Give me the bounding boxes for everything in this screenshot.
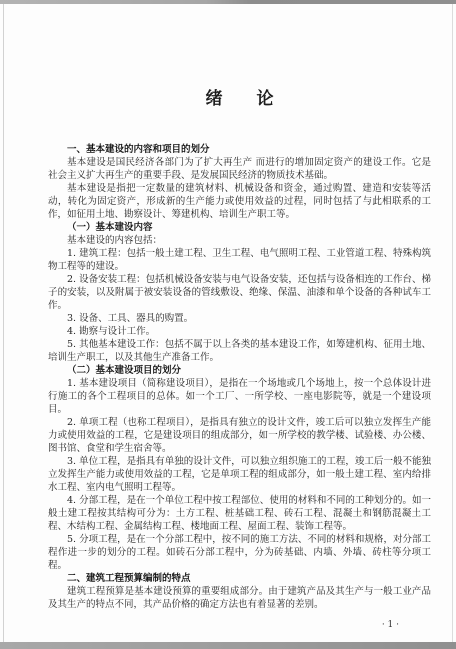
list-item-4: 4. 勘察与设计工作。	[48, 325, 431, 338]
list-item-5: 5. 其他基本建设工作：包括不属于以上各类的基本建设工作，如筹建机构、征用土地、…	[48, 338, 431, 364]
section-heading-2: 二、建筑工程预算编制的特点	[48, 572, 431, 585]
list-item-3: 3. 设备、工具、器具的购置。	[48, 312, 431, 325]
subsection-heading-2: （二）基本建设项目的划分	[48, 364, 431, 377]
list-item-4: 4. 分部工程，是在一个单位工程中按工程部位、使用的材料和不同的工种划分的。如一…	[48, 494, 431, 533]
list-item-2: 2. 设备安装工程：包括机械设备安装与电气设备安装，还包括与设备相连的工作台、梯…	[48, 273, 431, 312]
page-number: · 1 ·	[48, 620, 431, 630]
list-item-5: 5. 分项工程，是在一个分部工程中，按不同的施工方法、不同的材料和规格，对分部工…	[48, 533, 431, 572]
scan-edge-bottom	[0, 642, 456, 649]
subsection-heading-1: （一）基本建设内容	[48, 221, 431, 234]
page-title: 绪 论	[48, 84, 431, 109]
document-page: 绪 论 一、基本建设的内容和项目的划分 基本建设是国民经济各部门为了扩大再生产 …	[48, 0, 431, 630]
list-item-1: 1. 建筑工程：包括一般土建工程、卫生工程、电气照明工程、工业管道工程、特殊构筑…	[48, 247, 431, 273]
scan-edge-left	[3, 4, 4, 642]
paragraph: 基本建设是国民经济各部门为了扩大再生产 而进行的增加固定资产的建设工作。它是社会…	[48, 156, 431, 182]
section-heading-1: 一、基本建设的内容和项目的划分	[48, 143, 431, 156]
paragraph: 基本建设是指把一定数量的建筑材料、机械设备和资金，通过购置、建造和安装等活动，转…	[48, 182, 431, 221]
list-item-2: 2. 单项工程（也称工程项目），是指具有独立的设计文件，竣工后可以独立发挥生产能…	[48, 416, 431, 455]
list-item-3: 3. 单位工程，是指具有单独的设计文件，可以独立组织施工的工程，竣工后一般不能独…	[48, 455, 431, 494]
scan-edge-right	[452, 4, 453, 642]
paragraph: 基本建设的内容包括：	[48, 234, 431, 247]
paragraph: 建筑工程预算是基本建设预算的重要组成部分。由于建筑产品及其生产与一般工业产品及其…	[48, 585, 431, 611]
list-item-1: 1. 基本建设项目（简称建设项目），是指在一个场地或几个场地上，按一个总体设计进…	[48, 377, 431, 416]
